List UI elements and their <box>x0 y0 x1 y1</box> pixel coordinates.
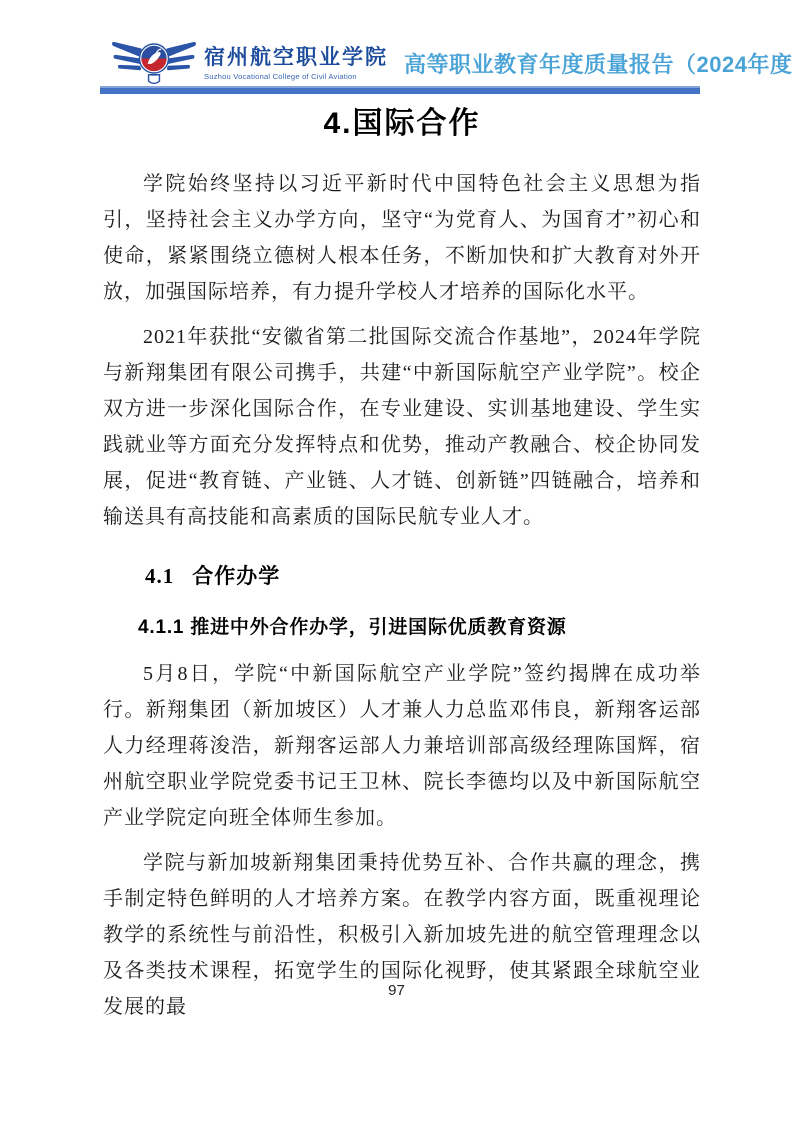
college-name-block: 宿州航空职业学院 Suzhou Vocational College of Ci… <box>204 46 388 81</box>
college-name-cn: 宿州航空职业学院 <box>204 46 388 70</box>
section-number: 4.1 <box>145 564 174 588</box>
page-number: 97 <box>0 982 793 999</box>
page-header: 宿州航空职业学院 Suzhou Vocational College of Ci… <box>108 36 703 90</box>
document-body: 4.国际合作 学院始终坚持以习近平新时代中国特色社会主义思想为指引，坚持社会主义… <box>103 104 701 1034</box>
section-heading-4-1-1: 4.1.1 推进中外合作办学，引进国际优质教育资源 <box>103 614 701 642</box>
paragraph-1: 学院始终坚持以习近平新时代中国特色社会主义思想为指引，坚持社会主义办学方向，坚守… <box>103 166 701 310</box>
section-label: 合作办学 <box>192 565 280 588</box>
college-logo-icon <box>108 34 200 92</box>
report-title: 高等职业教育年度质量报告（2024年度） <box>404 48 793 79</box>
document-page: 宿州航空职业学院 Suzhou Vocational College of Ci… <box>0 0 793 1122</box>
chapter-title: 4.国际合作 <box>103 104 701 144</box>
college-name-en: Suzhou Vocational College of Civil Aviat… <box>204 72 388 81</box>
header-divider-bar <box>100 86 700 94</box>
section-heading-4-1: 4.1合作办学 <box>103 561 701 592</box>
paragraph-3: 5月8日，学院“中新国际航空产业学院”签约揭牌在成功举行。新翔集团（新加坡区）人… <box>103 656 701 836</box>
paragraph-2: 2021年获批“安徽省第二批国际交流合作基地”，2024年学院与新翔集团有限公司… <box>103 319 701 535</box>
